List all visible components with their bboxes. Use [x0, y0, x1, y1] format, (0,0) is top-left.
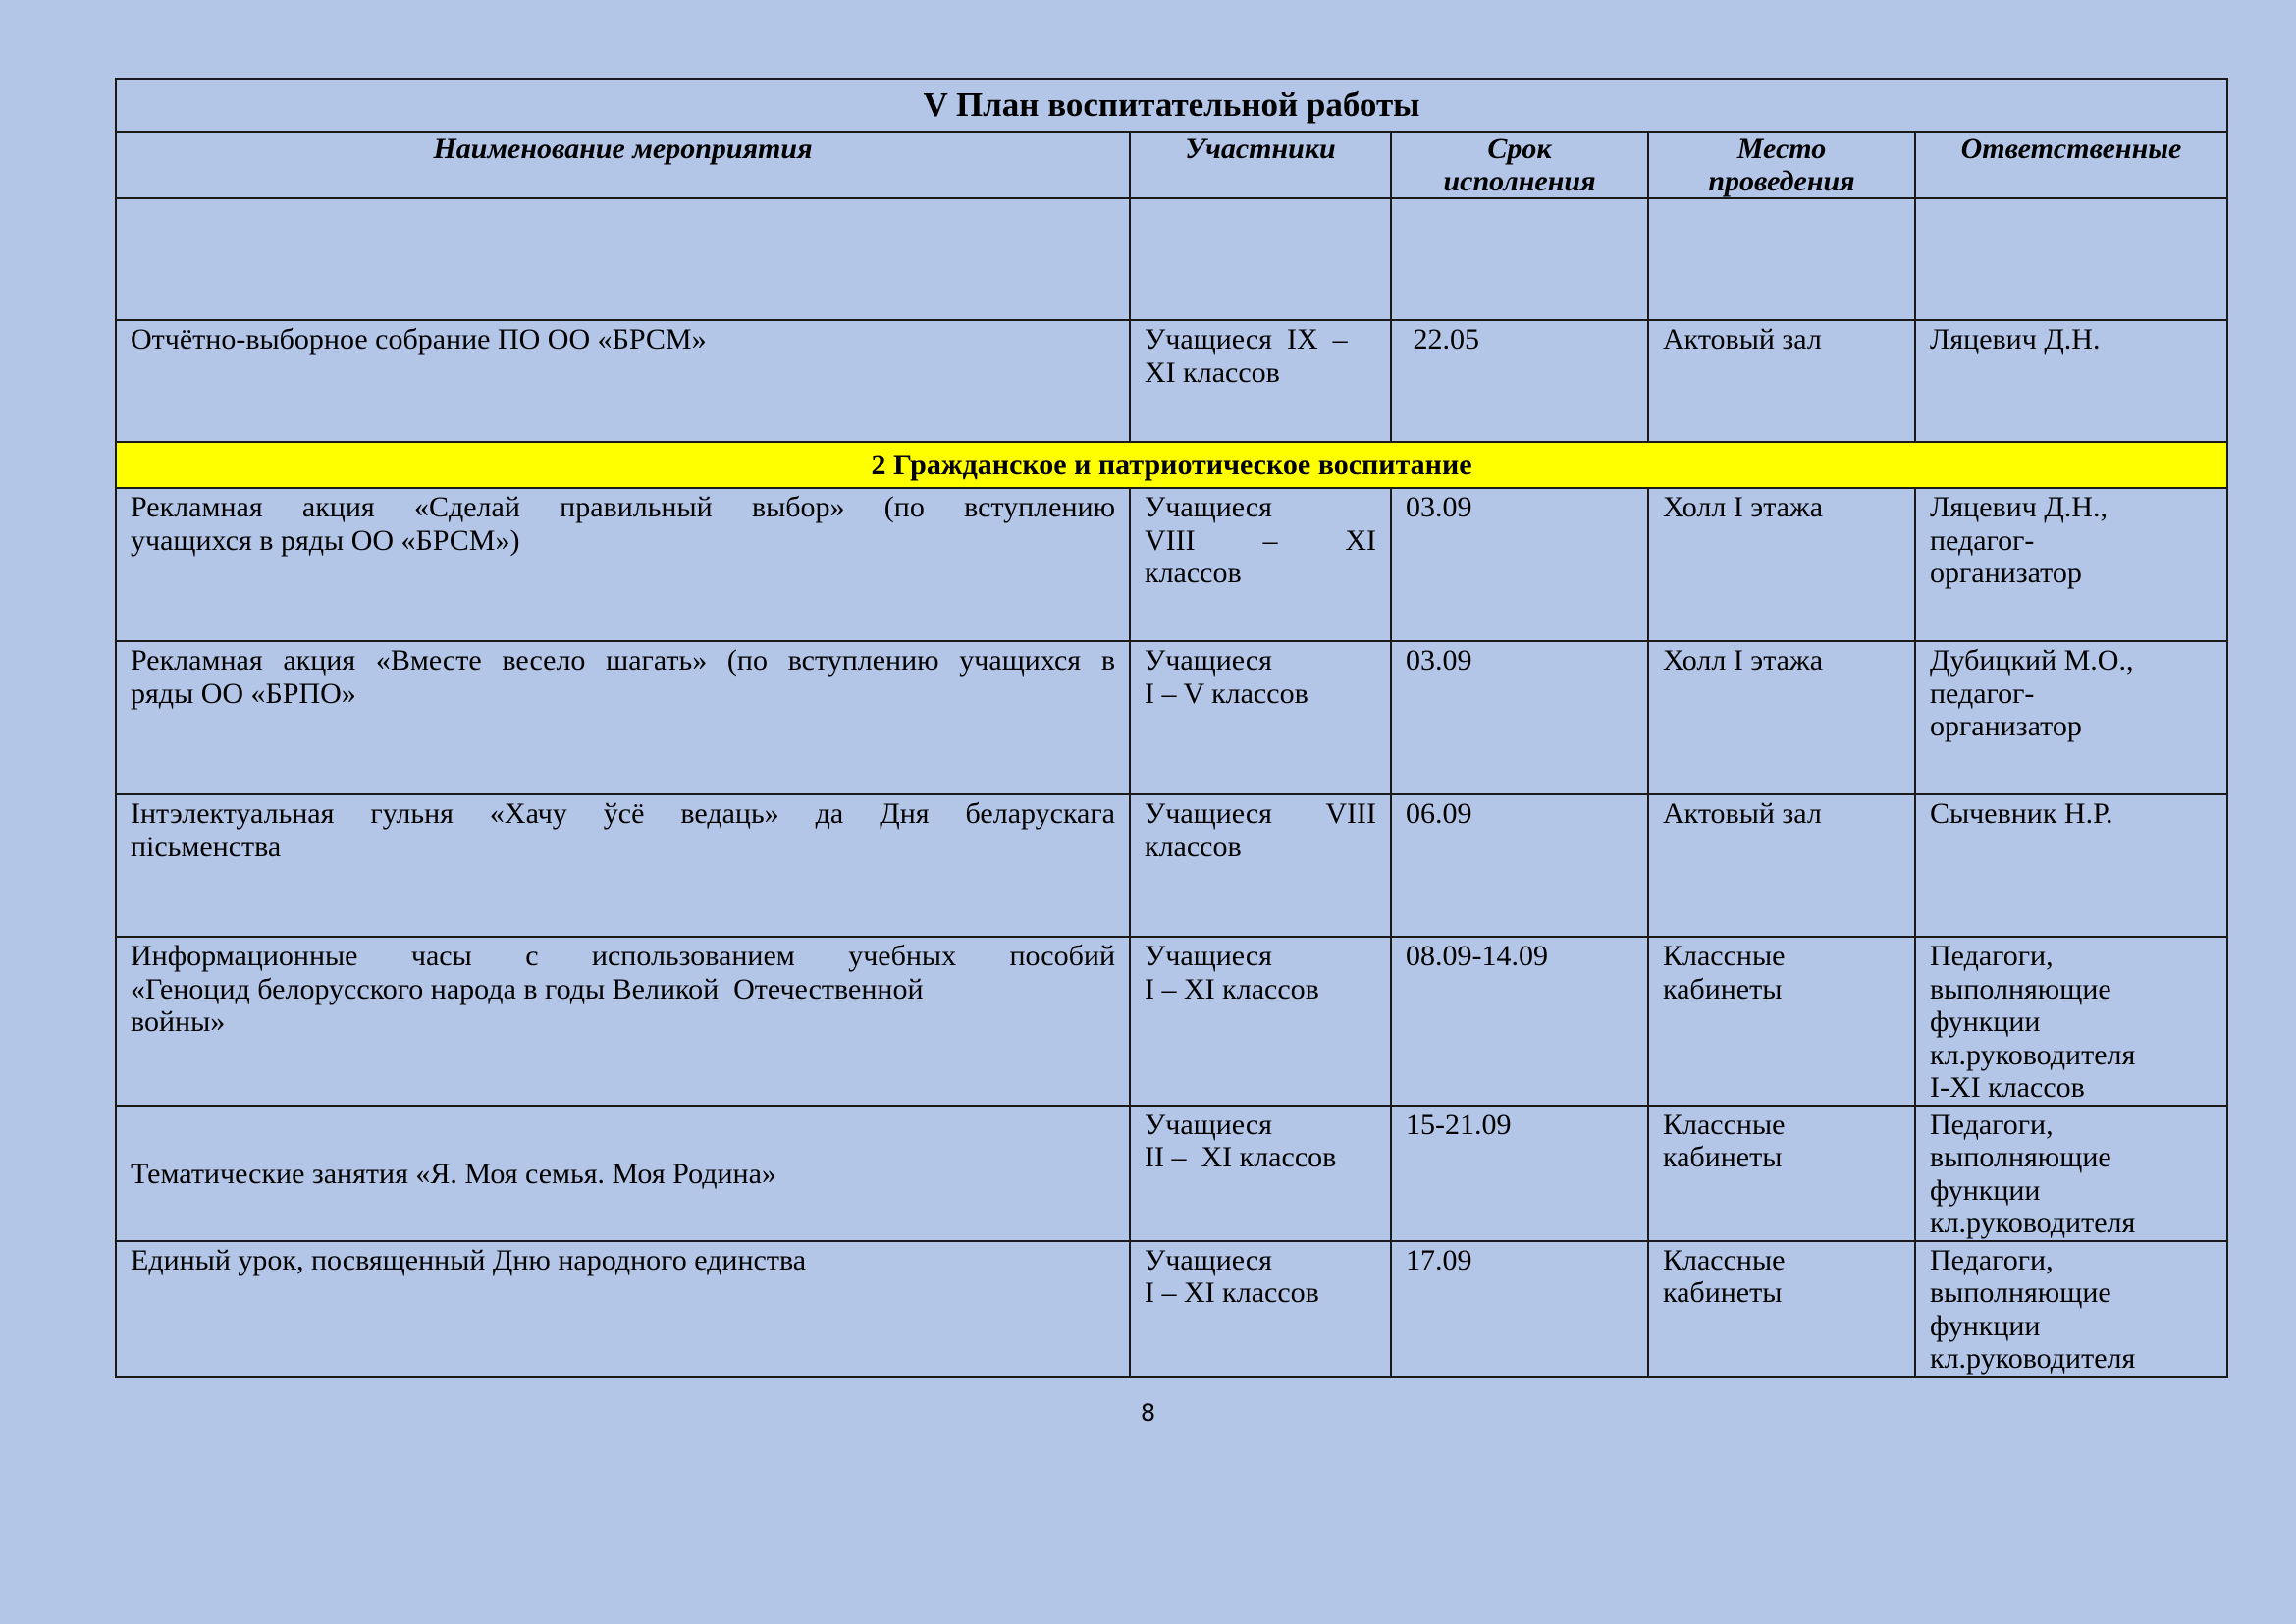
- event-cell: Інтэлектуальная гульня «Хачу ўсё ведаць»…: [116, 794, 1130, 937]
- event-line: Рекламная акция «Вместе весело шагать» (…: [131, 644, 1115, 677]
- deadline-cell: 08.09-14.09: [1391, 937, 1648, 1106]
- event-line: войны»: [131, 1005, 1115, 1039]
- column-header-event: Наименование мероприятия: [116, 132, 1130, 198]
- table-row: Інтэлектуальная гульня «Хачу ўсё ведаць»…: [116, 794, 2227, 937]
- venue-cell: Классные кабинеты: [1648, 1241, 1915, 1377]
- venue-cell: [1648, 198, 1915, 320]
- table-row: Единый урок, посвященный Дню народного е…: [116, 1241, 2227, 1377]
- responsible-line: Педагоги,: [1930, 1109, 2213, 1142]
- participants-line: классов: [1145, 831, 1376, 864]
- responsible-cell: Педагоги, выполняющие функции кл.руковод…: [1915, 937, 2227, 1106]
- participants-cell: Учащиеся IX – XI классов: [1130, 320, 1391, 442]
- event-line: Рекламная акция «Сделай правильный выбор…: [131, 491, 1115, 524]
- participants-line: XI классов: [1145, 356, 1376, 390]
- venue-cell: Холл I этажа: [1648, 641, 1915, 794]
- participants-cell: Учащиеся I – XI классов: [1130, 1241, 1391, 1377]
- venue-cell: Холл I этажа: [1648, 488, 1915, 641]
- venue-line: Классные: [1663, 940, 1900, 973]
- participants-line: УчащиесяVIII: [1145, 797, 1376, 831]
- table-row: Информационные часы с использованием уче…: [116, 937, 2227, 1106]
- responsible-cell: Сычевник Н.Р.: [1915, 794, 2227, 937]
- column-header-deadline: Срок исполнения: [1391, 132, 1648, 198]
- responsible-line: Дубицкий М.О.,: [1930, 644, 2213, 677]
- venue-line: Классные: [1663, 1244, 1900, 1277]
- table-row: [116, 198, 2227, 320]
- column-header-venue-line: проведения: [1649, 165, 1914, 197]
- responsible-line: организатор: [1930, 710, 2213, 743]
- event-line: ряды ОО «БРПО»: [131, 677, 1115, 711]
- table-row: Рекламная акция «Сделай правильный выбор…: [116, 488, 2227, 641]
- participants-line: VIII–XI: [1145, 524, 1376, 558]
- participants-line: Учащиеся: [1145, 940, 1376, 973]
- column-header-deadline-line: Срок: [1392, 133, 1647, 165]
- responsible-line: Педагоги,: [1930, 1244, 2213, 1277]
- responsible-cell: [1915, 198, 2227, 320]
- event-line: Тематические занятия «Я. Моя семья. Моя …: [131, 1158, 1115, 1191]
- responsible-line: кл.руководителя: [1930, 1039, 2213, 1072]
- venue-cell: Актовый зал: [1648, 320, 1915, 442]
- responsible-line: кл.руководителя: [1930, 1207, 2213, 1240]
- column-header-responsible: Ответственные: [1915, 132, 2227, 198]
- venue-line: кабинеты: [1663, 1141, 1900, 1174]
- event-cell: [116, 198, 1130, 320]
- venue-cell: Классные кабинеты: [1648, 937, 1915, 1106]
- column-header-venue: Место проведения: [1648, 132, 1915, 198]
- responsible-line: функции: [1930, 1310, 2213, 1343]
- responsible-line: кл.руководителя: [1930, 1342, 2213, 1376]
- table-row: Рекламная акция «Вместе весело шагать» (…: [116, 641, 2227, 794]
- participants-line: Учащиеся: [1145, 644, 1376, 677]
- section-heading: 2 Гражданское и патриотическое воспитани…: [116, 442, 2227, 488]
- table-row: Тематические занятия «Я. Моя семья. Моя …: [116, 1106, 2227, 1241]
- responsible-cell: Ляцевич Д.Н., педагог- организатор: [1915, 488, 2227, 641]
- responsible-line: функции: [1930, 1005, 2213, 1039]
- venue-line: кабинеты: [1663, 973, 1900, 1006]
- event-cell: Отчётно-выборное собрание ПО ОО «БРСМ»: [116, 320, 1130, 442]
- venue-cell: Классные кабинеты: [1648, 1106, 1915, 1241]
- venue-line: Классные: [1663, 1109, 1900, 1142]
- responsible-line: Педагоги,: [1930, 940, 2213, 973]
- participants-line: Учащиеся IX –: [1145, 323, 1376, 356]
- responsible-cell: Педагоги, выполняющие функции кл.руковод…: [1915, 1241, 2227, 1377]
- participants-line: I – XI классов: [1145, 1276, 1376, 1310]
- event-line: Інтэлектуальная гульня «Хачу ўсё ведаць»…: [131, 797, 1115, 831]
- event-line: пісьменства: [131, 831, 1115, 864]
- responsible-line: организатор: [1930, 557, 2213, 590]
- participants-cell: Учащиеся I – XI классов: [1130, 937, 1391, 1106]
- responsible-line: выполняющие: [1930, 973, 2213, 1006]
- deadline-cell: 17.09: [1391, 1241, 1648, 1377]
- participants-line: I – XI классов: [1145, 973, 1376, 1006]
- event-line: учащихся в ряды ОО «БРСМ»): [131, 524, 1115, 558]
- event-cell: Рекламная акция «Сделай правильный выбор…: [116, 488, 1130, 641]
- column-header-participants: Участники: [1130, 132, 1391, 198]
- responsible-cell: Дубицкий М.О., педагог- организатор: [1915, 641, 2227, 794]
- page-number: 8: [0, 1399, 2296, 1427]
- event-cell: Тематические занятия «Я. Моя семья. Моя …: [116, 1106, 1130, 1241]
- responsible-line: выполняющие: [1930, 1141, 2213, 1174]
- responsible-line: I-XI классов: [1930, 1071, 2213, 1105]
- event-cell: Рекламная акция «Вместе весело шагать» (…: [116, 641, 1130, 794]
- responsible-cell: Ляцевич Д.Н.: [1915, 320, 2227, 442]
- event-cell: Единый урок, посвященный Дню народного е…: [116, 1241, 1130, 1377]
- responsible-line: Ляцевич Д.Н.,: [1930, 491, 2213, 524]
- participants-line: II – XI классов: [1145, 1141, 1376, 1174]
- deadline-cell: 22.05: [1391, 320, 1648, 442]
- page-title: V План воспитательной работы: [116, 79, 2227, 132]
- responsible-line: выполняющие: [1930, 1276, 2213, 1310]
- deadline-cell: 03.09: [1391, 641, 1648, 794]
- deadline-cell: 03.09: [1391, 488, 1648, 641]
- event-line: «Геноцид белорусского народа в годы Вели…: [131, 973, 1115, 1006]
- section-row: 2 Гражданское и патриотическое воспитани…: [116, 442, 2227, 488]
- participants-line: Учащиеся: [1145, 491, 1376, 524]
- participants-line: Учащиеся: [1145, 1244, 1376, 1277]
- participants-cell: Учащиеся II – XI классов: [1130, 1106, 1391, 1241]
- participants-cell: Учащиеся VIII–XI классов: [1130, 488, 1391, 641]
- participants-line: I – V классов: [1145, 677, 1376, 711]
- table-row: Отчётно-выборное собрание ПО ОО «БРСМ» У…: [116, 320, 2227, 442]
- participants-line: Учащиеся: [1145, 1109, 1376, 1142]
- participants-line: классов: [1145, 557, 1376, 590]
- venue-cell: Актовый зал: [1648, 794, 1915, 937]
- responsible-line: педагог-: [1930, 524, 2213, 558]
- participants-cell: УчащиесяVIII классов: [1130, 794, 1391, 937]
- participants-cell: [1130, 198, 1391, 320]
- venue-line: кабинеты: [1663, 1276, 1900, 1310]
- column-header-venue-line: Место: [1649, 133, 1914, 165]
- event-line: Информационные часы с использованием уче…: [131, 940, 1115, 973]
- deadline-cell: [1391, 198, 1648, 320]
- responsible-line: функции: [1930, 1174, 2213, 1208]
- responsible-line: педагог-: [1930, 677, 2213, 711]
- event-cell: Информационные часы с использованием уче…: [116, 937, 1130, 1106]
- table-header-row: Наименование мероприятия Участники Срок …: [116, 132, 2227, 198]
- event-line: Единый урок, посвященный Дню народного е…: [131, 1244, 1115, 1277]
- column-header-deadline-line: исполнения: [1392, 165, 1647, 197]
- table-title-row: V План воспитательной работы: [116, 79, 2227, 132]
- deadline-cell: 15-21.09: [1391, 1106, 1648, 1241]
- participants-cell: Учащиеся I – V классов: [1130, 641, 1391, 794]
- education-plan-table: V План воспитательной работы Наименовани…: [115, 78, 2228, 1378]
- deadline-cell: 06.09: [1391, 794, 1648, 937]
- responsible-cell: Педагоги, выполняющие функции кл.руковод…: [1915, 1106, 2227, 1241]
